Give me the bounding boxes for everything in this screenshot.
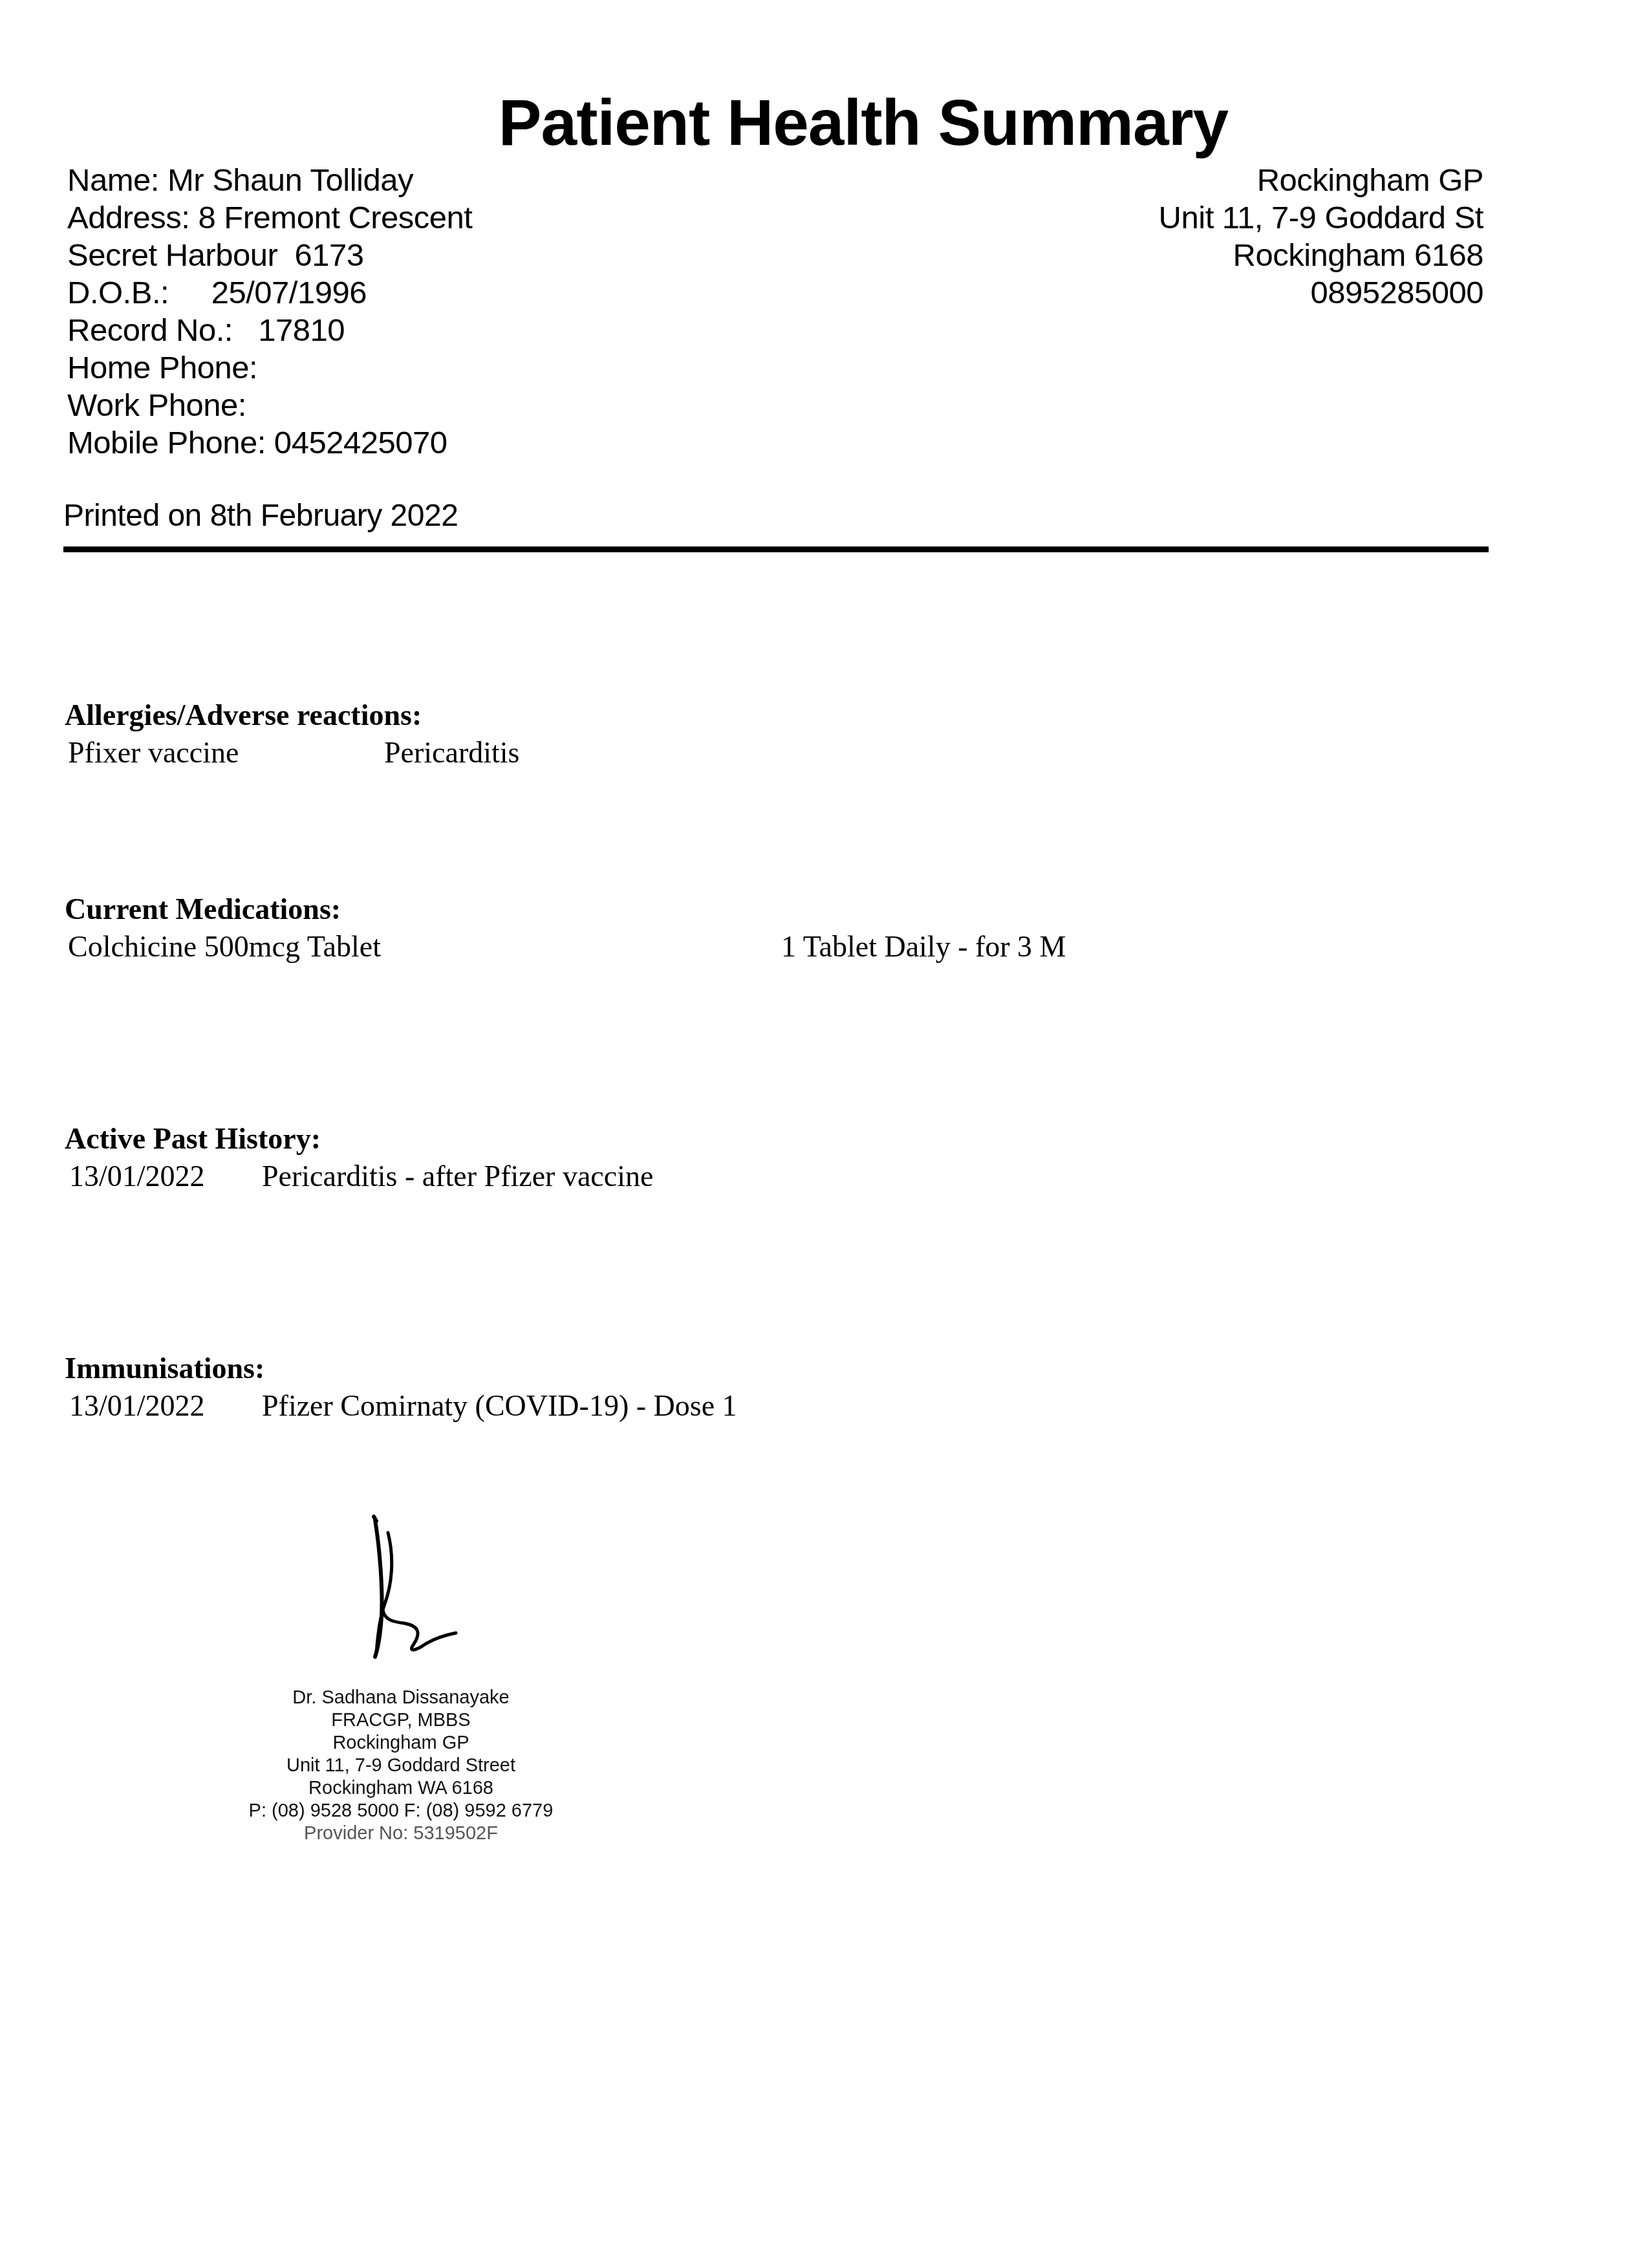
medications-section: Current Medications: Colchicine 500mcg T… [65,891,341,966]
allergy-reaction: Pericarditis [384,733,520,772]
immunisation-description: Pfizer Comirnaty (COVID-19) - Dose 1 [262,1387,737,1425]
patient-details: Name: Mr Shaun Tolliday Address: 8 Fremo… [67,162,472,462]
practice-street: Unit 11, 7-9 Goddard St [1159,199,1483,237]
history-description: Pericarditis - after Pfizer vaccine [262,1157,653,1196]
stamp-practice: Rockingham GP [207,1732,595,1755]
scanned-document-page: Patient Health Summary Name: Mr Shaun To… [0,0,1649,2268]
immunisations-section: Immunisations: 13/01/2022 Pfizer Comirna… [65,1350,264,1425]
patient-dob: D.O.B.: 25/07/1996 [67,274,472,312]
history-section: Active Past History: 13/01/2022 Pericard… [65,1121,321,1196]
stamp-street: Unit 11, 7-9 Goddard Street [207,1755,595,1777]
patient-record-number: Record No.: 17810 [67,312,472,349]
patient-suburb: Secret Harbour 6173 [67,237,472,274]
practice-suburb: Rockingham 6168 [1159,237,1483,274]
allergies-section: Allergies/Adverse reactions: Pfixer vacc… [65,697,422,772]
practice-details: Rockingham GP Unit 11, 7-9 Goddard St Ro… [1159,162,1483,312]
stamp-suburb: Rockingham WA 6168 [207,1777,595,1800]
medication-drug: Colchicine 500mcg Tablet [68,927,381,966]
allergy-substance: Pfixer vaccine [68,733,239,772]
practice-name: Rockingham GP [1159,162,1483,199]
immunisation-date: 13/01/2022 [69,1387,205,1425]
header-divider [63,546,1489,552]
practice-phone: 0895285000 [1159,274,1483,312]
medications-heading: Current Medications: [65,891,341,927]
immunisations-heading: Immunisations: [65,1350,264,1387]
doctor-stamp: Dr. Sadhana Dissanayake FRACGP, MBBS Roc… [207,1687,595,1845]
allergies-heading: Allergies/Adverse reactions: [65,697,422,733]
stamp-qualifications: FRACGP, MBBS [207,1709,595,1732]
patient-address: Address: 8 Fremont Crescent [67,199,472,237]
patient-work-phone: Work Phone: [67,387,472,424]
printed-date: Printed on 8th February 2022 [63,498,458,534]
patient-name: Name: Mr Shaun Tolliday [67,162,472,199]
stamp-contact: P: (08) 9528 5000 F: (08) 9592 6779 [207,1800,595,1822]
medication-entry: Colchicine 500mcg Tablet 1 Tablet Daily … [65,927,341,966]
allergy-entry: Pfixer vaccine Pericarditis [65,733,422,772]
patient-home-phone: Home Phone: [67,349,472,387]
stamp-doctor-name: Dr. Sadhana Dissanayake [207,1687,595,1709]
history-date: 13/01/2022 [69,1157,205,1196]
medication-dose: 1 Tablet Daily - for 3 M [781,927,1066,966]
history-entry: 13/01/2022 Pericarditis - after Pfizer v… [65,1157,321,1196]
stamp-provider-number: Provider No: 5319502F [207,1822,595,1845]
patient-mobile-phone: Mobile Phone: 0452425070 [67,424,472,462]
history-heading: Active Past History: [65,1121,321,1157]
handwritten-signature [349,1513,466,1662]
immunisation-entry: 13/01/2022 Pfizer Comirnaty (COVID-19) -… [65,1387,264,1425]
document-title: Patient Health Summary [0,91,1649,155]
